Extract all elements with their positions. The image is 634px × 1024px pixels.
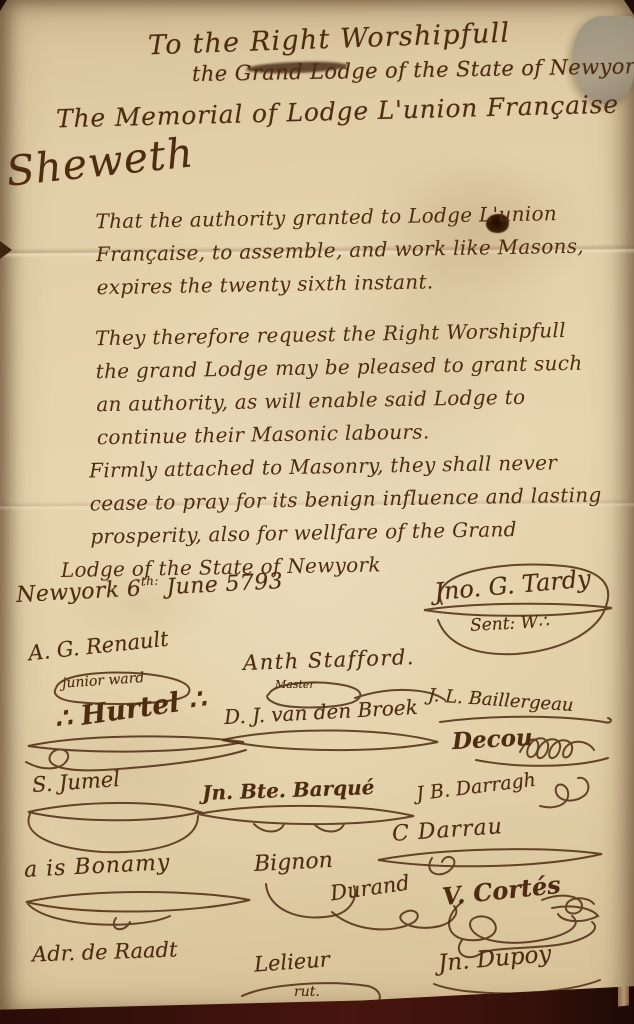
paragraph-1: That the authority granted to Lodge L'un… [95, 197, 585, 305]
salutation-line-2: the Grand Lodge of the State of Newyork [192, 54, 634, 86]
signature-durand: Durand [330, 876, 410, 900]
signature-name: Durand [329, 871, 411, 906]
memorial-line: The Memorial of Lodge L'union Française [56, 90, 619, 134]
flourish-underline [20, 884, 256, 932]
sheweth-heading: Sheweth [4, 128, 196, 195]
signature-darragh: J B. Darragh [416, 776, 536, 798]
signature-dupoy: Jn. Dupoy [438, 946, 551, 972]
signature-title: rut. [294, 984, 330, 1000]
signature-barque: Jn. Bte. Barqué [202, 778, 374, 802]
signature-van-den-broek: D. J. van den Broek [224, 700, 418, 724]
signature-name: D. J. van den Broek [224, 695, 419, 729]
photograph-background: To the Right Worshipfull the Grand Lodge… [0, 0, 634, 1024]
signature-name: a is Bonamy [23, 850, 171, 883]
signature-cortes: V. Cortés [442, 876, 561, 905]
signature-hurtel: ∴ Hurtel ∴ [28, 694, 206, 725]
signature-bonamy: a is Bonamy [24, 854, 170, 879]
signature-decou: Decou [452, 726, 533, 753]
signature-name: C Darrau [391, 814, 503, 847]
manuscript-page: To the Right Worshipfull the Grand Lodge… [0, 0, 634, 1024]
signature-darrau: C Darrau [392, 818, 503, 843]
signature-renault: A. G. Renault junior ward [28, 634, 169, 688]
signature-tardy: Jno. G. Tardy Sent: W∴ [408, 558, 620, 660]
signature-name: Jn. Dupoy [437, 941, 552, 977]
signature-deraadt: Adr. de Raadt [32, 940, 177, 964]
paragraph-2: They therefore request the Right Worship… [95, 314, 584, 454]
signature-name: Lelieur [253, 947, 330, 976]
signature-bignon: Bignon [254, 850, 333, 875]
signature-name: Adr. de Raadt [32, 937, 178, 966]
signature-name: Anth Stafford. [243, 645, 416, 675]
flourish-scribble [516, 728, 612, 768]
salutation-line-1: To the Right Worshipfull [148, 18, 511, 62]
flourish-underline [24, 732, 250, 774]
flourish-tail [536, 770, 596, 814]
dateline-day: 6 [126, 576, 142, 602]
flourish-underline [218, 726, 442, 756]
signature-stafford: Anth Stafford. Master [243, 648, 415, 691]
fold-notch [0, 241, 12, 259]
signature-baillergeau: J. L. Baillergeau [428, 690, 574, 711]
flourish-underline [194, 802, 418, 834]
signature-lelieur: Lelieur rut. [254, 950, 330, 1000]
signature-name: J B. Darragh [415, 769, 537, 805]
signature-jumel: S. Jumel [32, 770, 120, 794]
signature-name: Bignon [253, 848, 333, 877]
signature-name: S. Jumel [31, 767, 120, 797]
flourish-bowl [22, 798, 206, 856]
signature-title: Master [275, 678, 415, 691]
signature-name: Jn. Bte. Barqué [202, 775, 375, 805]
dateline-ordinal: th: [141, 574, 160, 589]
dateline-rest: June 5793 [166, 569, 284, 600]
